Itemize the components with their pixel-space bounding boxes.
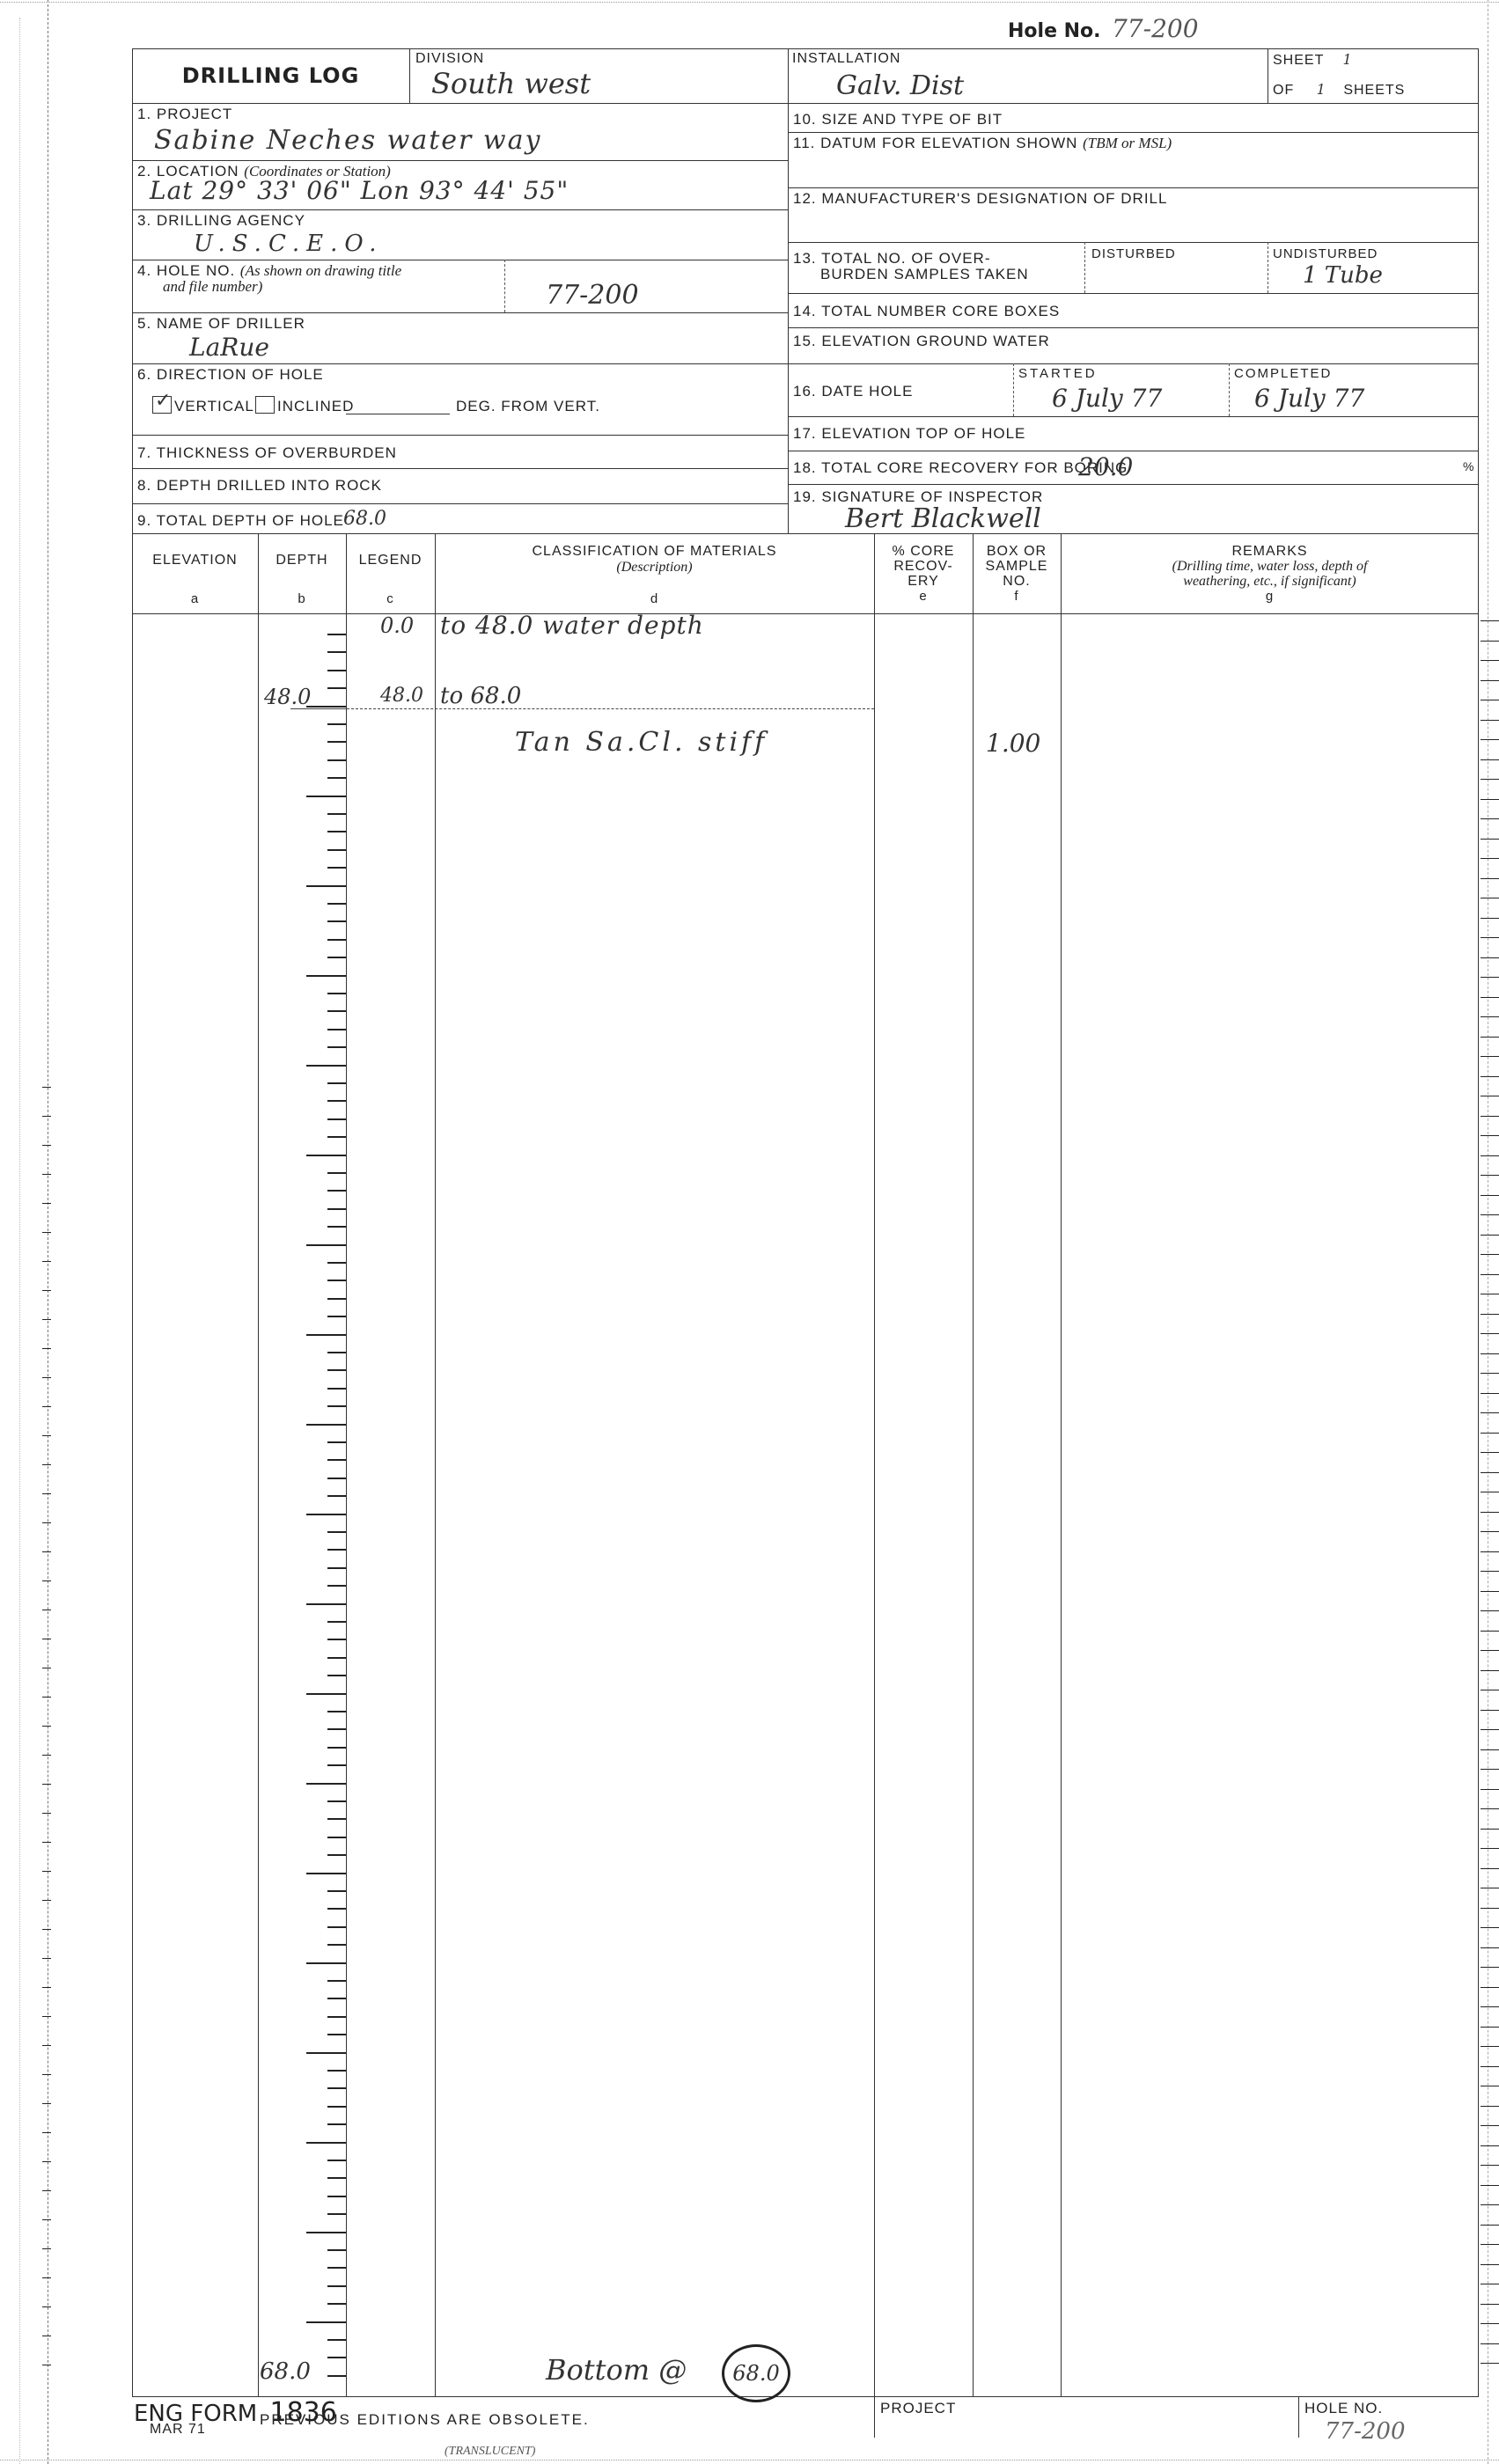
depth-tick <box>306 1873 346 1874</box>
depth-tick <box>306 1603 346 1605</box>
margin-tick <box>1481 818 1499 819</box>
margin-tick <box>1481 1987 1499 1988</box>
sheet-of-label: OF <box>1273 83 1294 98</box>
margin-tick <box>42 1377 51 1378</box>
depth-tick <box>327 1388 346 1390</box>
divider <box>132 363 789 364</box>
margin-tick <box>1481 957 1499 958</box>
divider <box>1084 242 1085 293</box>
depth-tick <box>327 2285 346 2287</box>
sheet-label-text: SHEET <box>1273 53 1324 68</box>
margin-tick <box>42 1464 51 1465</box>
depth-tick <box>306 1783 346 1785</box>
margin-tick <box>42 1639 51 1639</box>
margin-tick <box>1481 1037 1499 1038</box>
margin-tick <box>1481 1710 1499 1711</box>
margin-tick <box>1481 1670 1499 1671</box>
sheet-of: OF 1 SHEETS <box>1273 81 1405 99</box>
margin-tick <box>1481 2304 1499 2305</box>
depth-value-1: 48.0 <box>264 685 311 709</box>
margin-tick <box>42 1435 51 1436</box>
vertical-checkbox[interactable]: ✓ <box>152 396 172 414</box>
margin-tick <box>1481 1175 1499 1176</box>
field-date-label: 16. DATE HOLE <box>793 383 913 400</box>
check-mark-icon: ✓ <box>155 390 171 412</box>
col-header-note: (Drilling time, water loss, depth of <box>1061 559 1479 574</box>
margin-tick <box>1481 1274 1499 1275</box>
col-header-line: NO. <box>973 574 1061 589</box>
depth-tick <box>327 1837 346 1838</box>
divider <box>1013 363 1014 416</box>
depth-tick <box>327 687 346 689</box>
depth-tick <box>327 777 346 779</box>
col-subheader-description: (Description) <box>435 560 874 576</box>
margin-tick <box>1481 1333 1499 1334</box>
field-datum-label: 11. DATUM FOR ELEVATION SHOWN (TBM or MS… <box>793 135 1172 152</box>
depth-tick <box>306 1065 346 1067</box>
margin-tick <box>1481 1254 1499 1255</box>
margin-tick <box>42 1551 51 1552</box>
margin-tick <box>42 2074 51 2075</box>
depth-tick <box>327 1998 346 1999</box>
margin-tick <box>1481 1393 1499 1394</box>
margin-tick <box>1481 1512 1499 1513</box>
margin-tick <box>42 1203 51 1204</box>
field-num: 11. <box>793 135 815 151</box>
margin-tick <box>42 1610 51 1610</box>
col-header-line: ERY <box>874 574 973 589</box>
field-label: ELEVATION GROUND WATER <box>821 333 1049 349</box>
field-total-depth-value[interactable]: 68.0 <box>343 508 386 530</box>
margin-tick <box>1481 2225 1499 2226</box>
depth-tick <box>327 670 346 671</box>
field-hole-no-value[interactable]: 77-200 <box>546 280 639 311</box>
col-header-line: REMARKS <box>1061 544 1479 559</box>
depth-tick <box>327 831 346 832</box>
margin-tick <box>1481 1116 1499 1117</box>
installation-value[interactable]: Galv. Dist <box>836 70 964 101</box>
margin-tick <box>42 1784 51 1785</box>
margin-tick <box>1481 2204 1499 2205</box>
table-header-divider <box>132 613 1479 614</box>
margin-tick <box>1481 1908 1499 1909</box>
margin-tick <box>1481 1868 1499 1869</box>
margin-tick <box>1481 680 1499 681</box>
margin-tick <box>42 1726 51 1727</box>
margin-tick <box>1481 1927 1499 1928</box>
deg-from-vert-label: DEG. FROM VERT. <box>456 398 600 415</box>
divider <box>132 209 789 210</box>
divider <box>132 468 789 469</box>
field-driller-value[interactable]: LaRue <box>189 333 269 362</box>
col-header-remarks: REMARKS (Drilling time, water loss, dept… <box>1061 544 1479 604</box>
divider <box>788 451 1479 451</box>
divider <box>132 260 789 260</box>
margin-tick <box>1481 1433 1499 1434</box>
field-label: HOLE NO. <box>157 262 235 279</box>
field-num: 13. <box>793 250 817 267</box>
field-label: DIRECTION OF HOLE <box>157 366 324 383</box>
header-hole-no-label: Hole No. <box>1008 20 1101 42</box>
margin-tick <box>42 1929 51 1930</box>
margin-tick <box>1481 2066 1499 2067</box>
inspector-signature[interactable]: Bert Blackwell <box>845 503 1041 534</box>
footer-hole-no-label: HOLE NO. <box>1304 2400 1383 2417</box>
divider <box>132 160 789 161</box>
field-num: 3. <box>137 212 151 229</box>
margin-tick <box>42 1668 51 1668</box>
margin-tick <box>42 2161 51 2162</box>
field-label: DATE HOLE <box>821 383 913 400</box>
depth-tick <box>327 1764 346 1766</box>
depth-tick <box>327 2123 346 2125</box>
started-value[interactable]: 6 July 77 <box>1052 384 1162 413</box>
margin-tick <box>42 1522 51 1523</box>
field-num: 10. <box>793 111 817 128</box>
margin-tick <box>1481 2244 1499 2245</box>
col-divider <box>973 533 974 2397</box>
legend-value-0: 0.0 <box>380 613 414 638</box>
sheets-label: SHEETS <box>1343 83 1405 98</box>
footer-divider <box>874 2397 875 2438</box>
depth-tick <box>327 1280 346 1281</box>
depth-tick <box>327 1621 346 1623</box>
depth-tick <box>327 993 346 994</box>
depth-tick <box>306 2142 346 2144</box>
field-label: PROJECT <box>157 106 232 122</box>
depth-tick <box>327 1459 346 1461</box>
sheet-label: SHEET 1 <box>1273 51 1353 69</box>
margin-tick <box>42 1145 51 1146</box>
depth-tick <box>327 1531 346 1533</box>
depth-tick <box>327 1675 346 1676</box>
margin-tick <box>1481 2343 1499 2344</box>
bottom-depth-value: 68.0 <box>260 2358 311 2385</box>
layer-boundary-line <box>347 708 874 709</box>
col-letter-b: b <box>258 591 346 606</box>
margin-tick <box>42 1319 51 1320</box>
depth-tick <box>327 1890 346 1892</box>
depth-tick <box>306 1693 346 1695</box>
depth-tick <box>306 2052 346 2054</box>
field-num: 16. <box>793 383 817 400</box>
divider <box>788 327 1479 328</box>
started-label: STARTED <box>1018 366 1098 381</box>
margin-tick <box>1481 1591 1499 1592</box>
header-hole-no: Hole No. 77-200 <box>1008 14 1199 43</box>
vertical-label: VERTICAL <box>174 398 254 415</box>
depth-tick <box>327 741 346 743</box>
bottom-circled-value: 68.0 <box>732 2361 779 2386</box>
field-label-note: (TBM or MSL) <box>1083 135 1172 151</box>
field-agency-value[interactable]: U.S.C.E.O. <box>194 231 383 257</box>
depth-tick <box>327 2249 346 2251</box>
bottom-circled-depth: 68.0 <box>722 2344 790 2402</box>
col-letter-g: g <box>1061 589 1479 604</box>
deg-input-line[interactable] <box>346 414 450 414</box>
margin-tick <box>1481 641 1499 642</box>
depth-tick <box>327 1585 346 1587</box>
margin-tick <box>42 1174 51 1175</box>
margin-tick <box>1481 1096 1499 1096</box>
margin-tick <box>42 1842 51 1843</box>
col-divider <box>258 533 259 2397</box>
completed-label: COMPLETED <box>1234 366 1332 381</box>
field-num: 4. <box>137 262 151 279</box>
depth-tick <box>327 2016 346 2018</box>
form-date: MAR 71 <box>150 2422 206 2438</box>
margin-tick <box>42 2336 51 2336</box>
col-header-classification: CLASSIFICATION OF MATERIALS <box>435 544 874 560</box>
field-drill-label: 12. MANUFACTURER'S DESIGNATION OF DRILL <box>793 190 1167 208</box>
depth-tick <box>327 2267 346 2269</box>
margin-tick <box>42 1755 51 1756</box>
depth-tick <box>327 867 346 869</box>
depth-tick <box>327 1046 346 1048</box>
margin-tick <box>1481 1056 1499 1057</box>
field-agency-label: 3. DRILLING AGENCY <box>137 212 305 230</box>
margin-tick <box>1481 2165 1499 2166</box>
field-label: DEPTH DRILLED INTO ROCK <box>157 477 382 494</box>
field-num: 19. <box>793 488 817 505</box>
margin-tick <box>1481 1631 1499 1632</box>
divider <box>788 363 1479 364</box>
depth-tick <box>327 723 346 725</box>
depth-tick <box>306 1244 346 1246</box>
depth-tick <box>327 2196 346 2197</box>
divider <box>132 503 789 504</box>
margin-tick <box>1481 1135 1499 1136</box>
divider <box>788 242 1479 243</box>
divider <box>1229 363 1230 416</box>
inclined-checkbox[interactable] <box>255 396 275 414</box>
legend-value-1: 48.0 <box>380 685 423 707</box>
division-value[interactable]: South west <box>431 67 591 100</box>
margin-tick <box>42 2016 51 2017</box>
inclined-label: INCLINED <box>277 398 354 415</box>
depth-tick <box>306 1334 346 1336</box>
depth-tick <box>327 1316 346 1317</box>
depth-tick <box>327 1172 346 1174</box>
field-num: 12. <box>793 190 817 207</box>
margin-tick <box>42 1087 51 1088</box>
depth-tick <box>327 1567 346 1569</box>
field-label-note: (As shown on drawing title <box>240 262 401 279</box>
depth-tick <box>327 2070 346 2072</box>
translucent-note: (TRANSLUCENT) <box>445 2445 535 2459</box>
margin-tick <box>1481 1769 1499 1770</box>
depth-tick <box>306 1514 346 1515</box>
depth-tick <box>327 1495 346 1497</box>
depth-tick <box>327 2375 346 2377</box>
field-num: 17. <box>793 425 817 442</box>
field-num: 15. <box>793 333 817 349</box>
field-num: 6. <box>137 366 151 383</box>
depth-tick <box>327 1190 346 1192</box>
depth-tick <box>327 2106 346 2108</box>
divider <box>788 187 1479 188</box>
margin-tick <box>1481 1076 1499 1077</box>
depth-tick <box>327 651 346 653</box>
margin-tick <box>1481 720 1499 721</box>
margin-tick <box>1481 1749 1499 1750</box>
col-divider <box>1061 533 1062 2397</box>
margin-tick <box>42 2132 51 2133</box>
margin-tick <box>1481 1452 1499 1453</box>
form-title: DRILLING LOG <box>132 63 409 88</box>
header-hole-no-value: 77-200 <box>1112 14 1199 43</box>
margin-tick <box>1481 2125 1499 2126</box>
field-location-value[interactable]: Lat 29° 33' 06" Lon 93° 44' 55" <box>150 176 569 205</box>
margin-tick <box>1481 1829 1499 1830</box>
field-samples-label: 13. TOTAL NO. OF OVER- <box>793 250 991 268</box>
depth-tick <box>306 885 346 887</box>
margin-tick <box>1481 2086 1499 2086</box>
field-num: 18. <box>793 459 817 476</box>
depth-tick <box>327 1082 346 1084</box>
field-label: TOTAL DEPTH OF HOLE <box>157 512 344 529</box>
divider <box>788 293 1479 294</box>
margin-tick <box>1481 2046 1499 2047</box>
depth-tick <box>306 1155 346 1156</box>
field-direction-label: 6. DIRECTION OF HOLE <box>137 366 324 384</box>
field-num: 8. <box>137 477 151 494</box>
depth-tick <box>327 1369 346 1371</box>
depth-tick <box>327 1478 346 1479</box>
col-header-core-recovery: % CORE RECOV- ERY e <box>874 544 973 604</box>
field-label: DRILLING AGENCY <box>157 212 305 229</box>
field-total-depth-label: 9. TOTAL DEPTH OF HOLE <box>137 512 344 530</box>
field-num: 7. <box>137 444 151 461</box>
depth-tick <box>327 2177 346 2179</box>
field-num: 9. <box>137 512 151 529</box>
margin-tick <box>42 1348 51 1349</box>
depth-tick <box>306 1424 346 1426</box>
page-left-edge-faint <box>19 18 20 2464</box>
margin-tick <box>1481 700 1499 700</box>
depth-tick <box>327 634 346 635</box>
margin-tick <box>42 1406 51 1407</box>
margin-tick <box>1481 1967 1499 1968</box>
completed-value[interactable]: 6 July 77 <box>1254 384 1364 413</box>
margin-tick <box>42 2365 51 2365</box>
depth-tick <box>327 1352 346 1353</box>
margin-tick <box>1481 918 1499 919</box>
margin-tick <box>42 1261 51 1262</box>
margin-tick <box>42 2248 51 2249</box>
percent-unit: % <box>1463 459 1474 473</box>
depth-tick <box>306 975 346 977</box>
depth-tick <box>327 2160 346 2161</box>
divider <box>132 435 789 436</box>
depth-tick <box>327 1657 346 1659</box>
margin-tick <box>1481 1848 1499 1849</box>
margin-tick <box>42 2277 51 2278</box>
divider <box>788 132 1479 133</box>
depth-tick <box>327 1549 346 1551</box>
depth-tick <box>327 1747 346 1749</box>
depth-tick <box>327 1262 346 1264</box>
margin-tick <box>1481 977 1499 978</box>
divider <box>409 48 410 104</box>
col-header-legend: LEGEND <box>346 553 435 568</box>
margin-tick <box>1481 1888 1499 1888</box>
margin-tick <box>1481 1531 1499 1532</box>
field-core-boxes-label: 14. TOTAL NUMBER CORE BOXES <box>793 303 1060 320</box>
margin-tick <box>1481 1353 1499 1354</box>
margin-tick <box>1481 1373 1499 1374</box>
sheet-value[interactable]: 1 <box>1343 51 1353 68</box>
depth-tick <box>327 1800 346 1802</box>
margin-tick <box>42 1958 51 1959</box>
sheet-of-value[interactable]: 1 <box>1317 81 1326 98</box>
margin-tick <box>1481 1789 1499 1790</box>
margin-tick <box>42 2219 51 2220</box>
margin-tick <box>42 1290 51 1291</box>
page-bottom-edge <box>0 2460 1499 2460</box>
col-letter-e: e <box>874 589 973 604</box>
margin-tick <box>1481 1412 1499 1413</box>
depth-tick <box>327 1944 346 1946</box>
margin-tick <box>42 1232 51 1233</box>
col-divider <box>435 533 436 2397</box>
margin-tick <box>1481 2106 1499 2107</box>
margin-tick <box>1481 1214 1499 1215</box>
margin-tick <box>1481 2027 1499 2028</box>
undisturbed-value[interactable]: 1 Tube <box>1303 262 1383 289</box>
margin-tick <box>1481 1016 1499 1017</box>
field-bit-label: 10. SIZE AND TYPE OF BIT <box>793 111 1003 128</box>
margin-tick <box>1481 2145 1499 2146</box>
field-label: ELEVATION TOP OF HOLE <box>821 425 1025 442</box>
margin-tick <box>42 1116 51 1117</box>
depth-tick <box>327 1298 346 1300</box>
margin-tick <box>42 1697 51 1698</box>
field-ground-water-label: 15. ELEVATION GROUND WATER <box>793 333 1050 350</box>
margin-tick <box>1481 739 1499 740</box>
depth-tick <box>327 1100 346 1102</box>
margin-tick <box>1481 1729 1499 1730</box>
depth-tick <box>327 813 346 815</box>
divider <box>788 416 1479 417</box>
margin-tick <box>1481 620 1499 621</box>
margin-tick <box>1481 858 1499 859</box>
depth-tick <box>327 2303 346 2305</box>
margin-tick <box>1481 1571 1499 1572</box>
margin-tick <box>1481 1314 1499 1315</box>
col-header-sample-no: BOX OR SAMPLE NO. f <box>973 544 1061 604</box>
field-core-recovery-value[interactable]: 20.0 <box>1078 452 1133 481</box>
col-letter-d: d <box>435 591 874 606</box>
margin-tick <box>1481 1492 1499 1492</box>
col-letter-c: c <box>346 591 435 606</box>
depth-tick <box>327 1118 346 1120</box>
margin-tick <box>1481 839 1499 840</box>
field-project-value[interactable]: Sabine Neches water way <box>154 125 541 156</box>
field-rock-depth-label: 8. DEPTH DRILLED INTO ROCK <box>137 477 382 495</box>
margin-tick <box>1481 1610 1499 1611</box>
depth-tick <box>327 1010 346 1012</box>
depth-tick <box>327 1405 346 1407</box>
field-label: MANUFACTURER'S DESIGNATION OF DRILL <box>821 190 1167 207</box>
field-num: 1. <box>137 106 151 122</box>
depth-tick <box>327 1029 346 1030</box>
margin-tick <box>1481 898 1499 898</box>
col-header-line: % CORE <box>874 544 973 559</box>
field-label: SIZE AND TYPE OF BIT <box>821 111 1003 128</box>
footer-hole-no-value: 77-200 <box>1325 2418 1406 2445</box>
margin-tick <box>1481 1294 1499 1294</box>
